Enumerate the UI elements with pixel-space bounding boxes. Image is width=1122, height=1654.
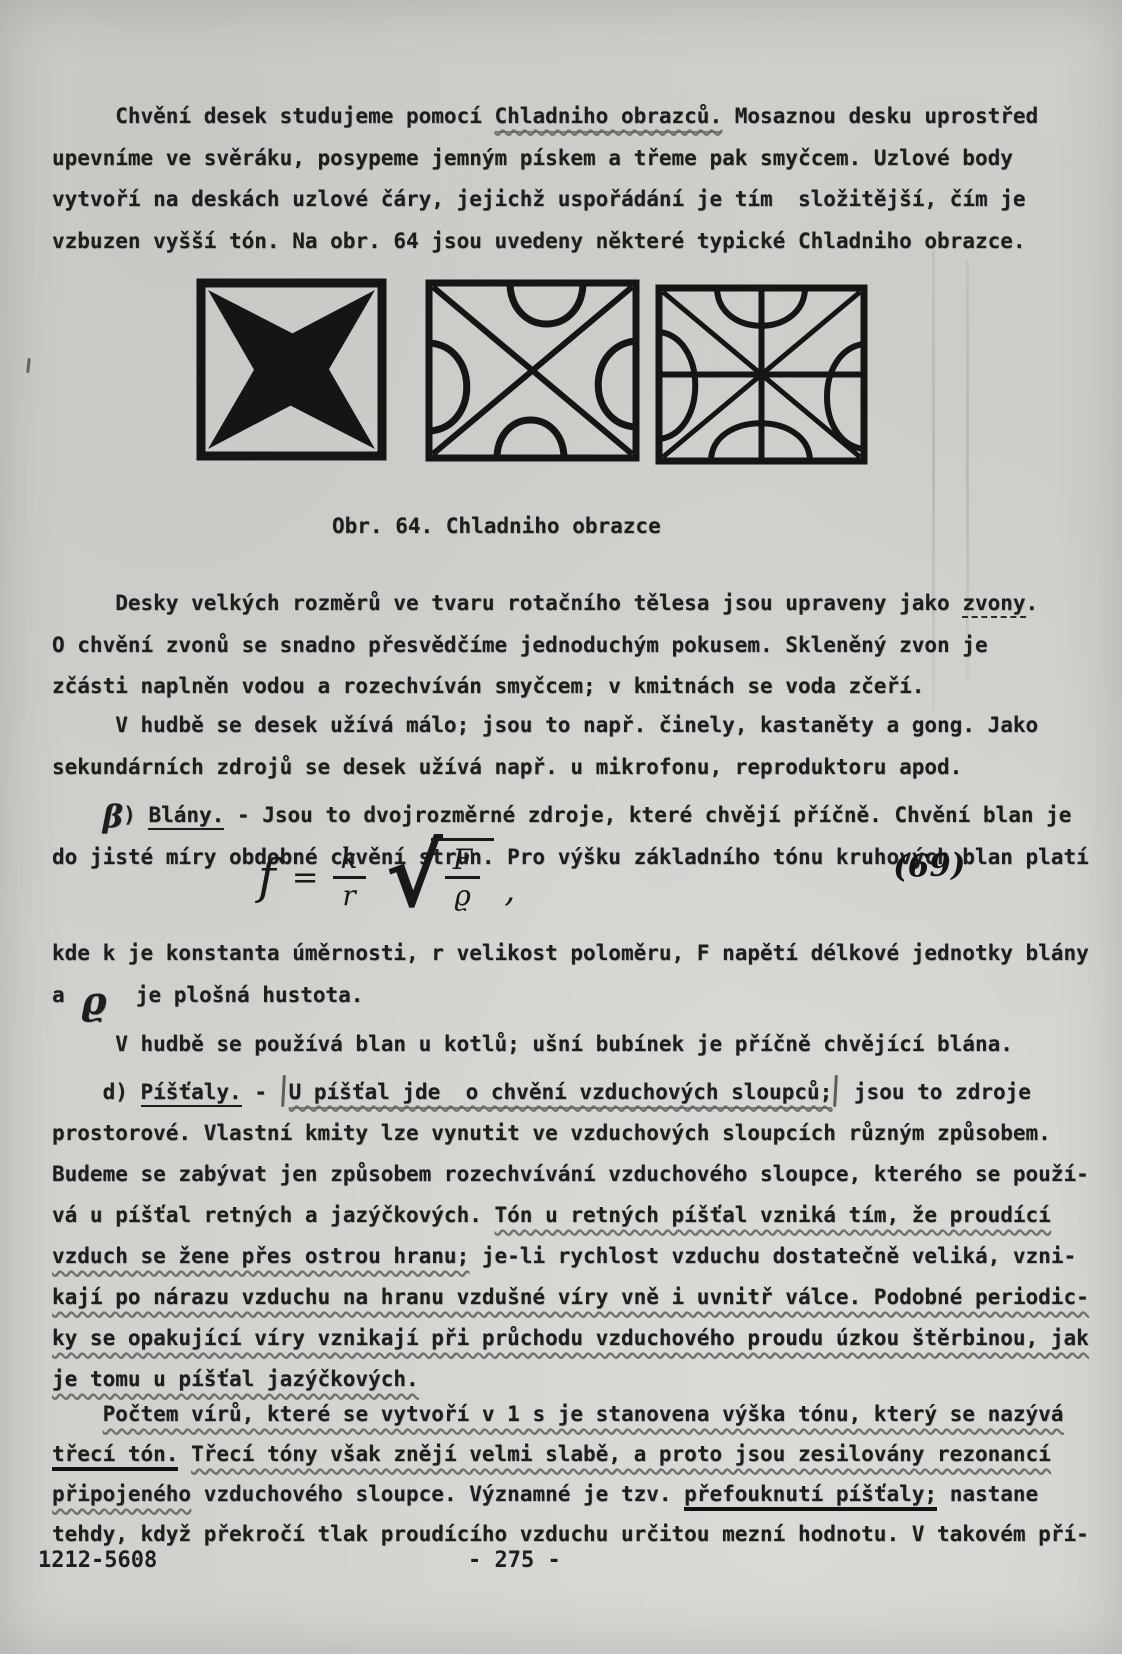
edge-arc-top [510,285,583,324]
text-line: β) Blány. - Jsou to dvojrozměrné zdroje,… [52,795,1089,837]
text-line: a ϱ je plošná hustota. [52,975,1089,1017]
text-segment: Počtem vírů, které se vytvoří v 1 s je s… [103,1402,1064,1426]
text-segment [52,1402,103,1426]
text-segment: Desky velkých rozměrů ve tvaru rotačního… [52,591,962,615]
text-segment: je-li rychlost vzduchu dostatečně veliká… [469,1244,1076,1268]
text-segment: Blány. [148,803,224,830]
text-segment: - [242,1080,280,1104]
text-segment: O chvění zvonů se snadno přesvědčíme jed… [52,633,988,657]
text-segment: β [103,799,124,835]
text-segment: U píšťal jde o chvění vzduchových sloupc… [289,1080,833,1109]
text-line: Desky velkých rozměrů ve tvaru rotačního… [52,583,1038,625]
text-line: vá u píšťal retných a jazýčkových. Tón u… [52,1195,1089,1236]
text-segment: ϱ [77,978,110,1023]
chladni-figure-3 [655,284,868,465]
text-segment: vzduchového sloupce. Významné je tzv. [191,1482,684,1506]
text-line: kde k je konstanta úměrnosti, r velikost… [52,933,1089,975]
text-segment: vzbuzen vyšší tón. Na obr. 64 jsou uvede… [52,229,1026,253]
edge-arc-left [430,343,467,431]
text-segment: zvony [962,591,1025,618]
text-segment: prostorové. Vlastní kmity lze vynutit ve… [52,1121,1051,1145]
text-line: zčásti naplněn vodou a rozechvíván smyčc… [52,666,1038,708]
text-line: V hudbě se desek užívá málo; jsou to nap… [52,705,1038,747]
text-segment: kají po nárazu vzduchu na hranu vzdušné … [52,1285,1089,1309]
text-segment: vytvoří na deskách uzlové čáry, jejichž … [52,187,1026,211]
text-segment: Mosaznou desku uprostřed [722,104,1038,128]
equals-sign: = [292,858,319,896]
text-segment: Budeme se zabývat jen způsobem rozechvív… [52,1162,1089,1186]
text-segment: a [52,983,77,1007]
text-segment: V hudbě se používá blan u kotlů; ušní bu… [52,1032,1013,1056]
formula-comma: , [504,870,515,916]
text-segment: d) [52,1080,141,1104]
figure-caption-text: Obr. 64. Chladniho obrazce [332,514,661,538]
paragraph-blany-v-hudbe: V hudbě se používá blan u kotlů; ušní bu… [52,1024,1013,1066]
text-segment: nastane [937,1482,1038,1506]
paragraph-zvony: Desky velkých rozměrů ve tvaru rotačního… [52,583,1038,708]
fraction-F-rho: F ϱ [431,838,494,911]
formula-lhs: f [258,849,276,905]
fraction-numerator: k [333,844,366,878]
text-segment: Třecí tóny však znějí velmi slabě, a pro… [191,1442,1051,1466]
text-segment: . [1026,591,1039,615]
text-segment: tehdy, když překročí tlak proudícího vzd… [52,1522,1089,1546]
text-line: sekundárních zdrojů se desek užívá např.… [52,747,1038,789]
text-segment: ) [123,803,148,827]
text-line: vytvoří na deskách uzlové čáry, jejichž … [52,179,1038,221]
text-segment: je plošná hustota. [111,983,364,1007]
page-number: - 275 - [468,1548,561,1573]
equation-number: (69) [892,847,966,886]
text-segment [52,803,103,827]
fraction-denominator: r [342,879,355,910]
edge-arc-right [598,341,635,427]
text-line: kají po nárazu vzduchu na hranu vzdušné … [52,1277,1089,1318]
figure-caption: Obr. 64. Chladniho obrazce [332,514,661,538]
text-segment: - Jsou to dvojrozměrné zdroje, které chv… [224,803,1071,827]
scanned-textbook-page: Chvění desek studujeme pomocí Chladniho … [0,0,1122,1654]
text-line: V hudbě se používá blan u kotlů; ušní bu… [52,1024,1013,1066]
edge-arc-bottom [497,420,564,456]
text-segment: Píšťaly. [141,1080,242,1107]
document-number: 1212-5608 [38,1548,157,1573]
radical: √ F ϱ [386,838,495,916]
text-line: ky se opakující víry vznikají při průcho… [52,1318,1089,1359]
fraction-numerator: F [445,845,480,879]
fraction-k-r: k r [333,844,366,910]
text-line: Chvění desek studujeme pomocí Chladniho … [52,96,1038,138]
paragraph-pistaly: d) Píšťaly. - U píšťal jde o chvění vzdu… [52,1072,1089,1400]
text-segment: Tón u retných píšťal vzniká tím, že prou… [495,1203,1051,1227]
equation-membrane-frequency: f = k r √ F ϱ , [258,838,515,916]
pencil-mark [833,1075,838,1107]
text-segment: zčásti naplněn vodou a rozechvíván smyčc… [52,674,924,698]
text-line: Budeme se zabývat jen způsobem rozechvív… [52,1154,1089,1195]
text-line: Počtem vírů, které se vytvoří v 1 s je s… [52,1394,1089,1434]
text-line: O chvění zvonů se snadno přesvědčíme jed… [52,625,1038,667]
paragraph-intro-chladni: Chvění desek studujeme pomocí Chladniho … [52,96,1038,262]
text-segment: třecí tón. [52,1442,178,1471]
text-segment: V hudbě se desek užívá málo; jsou to nap… [52,713,1038,737]
text-segment: vá u píšťal retných a jazýčkových. [52,1203,495,1227]
text-segment: připojeného [52,1482,191,1506]
text-line: třecí tón. Třecí tóny však znějí velmi s… [52,1434,1089,1474]
text-segment [178,1442,191,1466]
text-segment: kde k je konstanta úměrnosti, r velikost… [52,941,1089,965]
paragraph-desky-v-hudbe: V hudbě se desek užívá málo; jsou to nap… [52,705,1038,788]
text-line: připojeného vzduchového sloupce. Významn… [52,1474,1089,1514]
text-line: prostorové. Vlastní kmity lze vynutit ve… [52,1113,1089,1154]
paragraph-treci-ton: Počtem vírů, které se vytvoří v 1 s je s… [52,1394,1089,1554]
text-segment: ky se opakující víry vznikají při průcho… [52,1326,1089,1350]
paragraph-kde-k: kde k je konstanta úměrnosti, r velikost… [52,933,1089,1016]
text-segment: Chvění desek studujeme pomocí [52,104,495,128]
fraction-denominator: ϱ [454,879,470,910]
text-segment: přefouknutí píšťaly; [684,1482,937,1511]
text-line: vzbuzen vyšší tón. Na obr. 64 jsou uvede… [52,221,1038,263]
text-segment: vzduch se žene přes ostrou hranu; [52,1244,469,1268]
text-segment: sekundárních zdrojů se desek užívá např.… [52,755,962,779]
pencil-mark [281,1075,286,1107]
text-segment: Chladniho obrazců. [495,104,723,133]
edge-arc-left [660,332,695,439]
text-line: tehdy, když překročí tlak proudícího vzd… [52,1514,1089,1554]
text-segment: jsou to zdroje [841,1080,1031,1104]
text-line: d) Píšťaly. - U píšťal jde o chvění vzdu… [52,1072,1089,1113]
text-line: upevníme ve svěráku, posypeme jemným pís… [52,138,1038,180]
text-segment: upevníme ve svěráku, posypeme jemným pís… [52,146,1013,170]
text-segment: je tomu u píšťal jazýčkových. [52,1367,419,1391]
chladni-figure-2 [425,279,640,462]
stray-mark [26,358,31,373]
text-line: vzduch se žene přes ostrou hranu; je-li … [52,1236,1089,1277]
chladni-figure-1 [195,277,388,462]
